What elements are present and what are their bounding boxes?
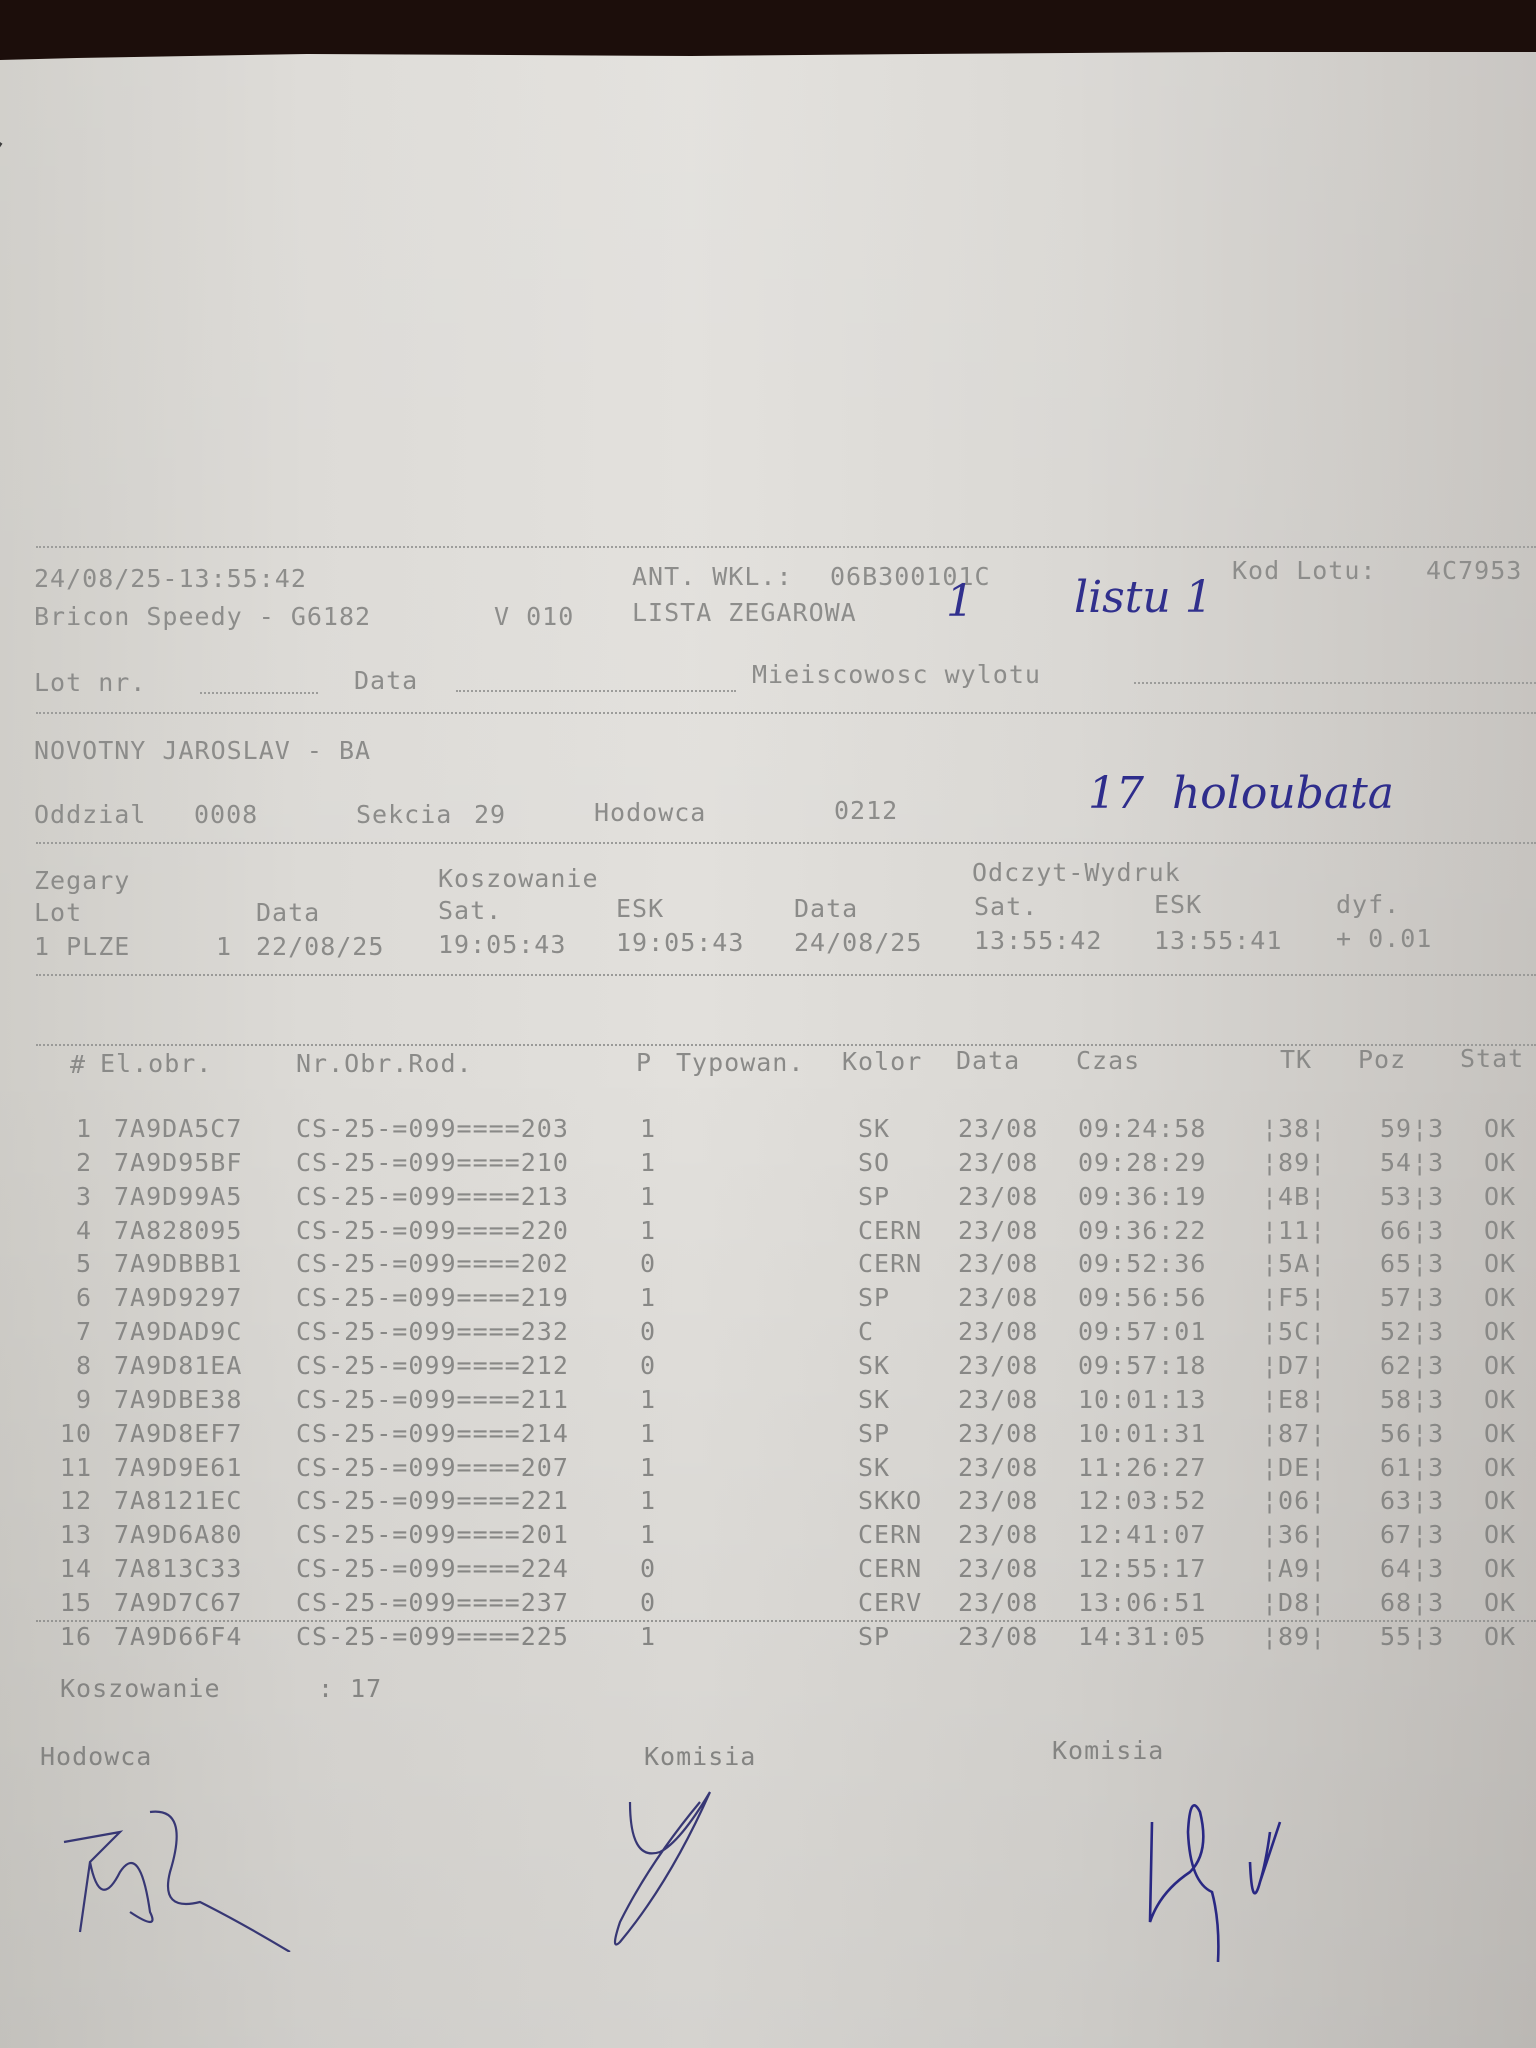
cell-el: 7A9D81EA [114, 1353, 242, 1378]
cell-tk: ¦E8¦ [1262, 1387, 1326, 1412]
breeder-name: NOVOTNY JAROSLAV - BA [34, 738, 371, 763]
col-header-kolor: Kolor [842, 1049, 922, 1074]
read-date: 24/08/25 [794, 930, 922, 955]
cell-color: SP [858, 1184, 890, 1209]
cell-ring: CS-25-=099====219 [296, 1285, 569, 1310]
cell-time: 14:31:05 [1078, 1624, 1206, 1649]
col-header-tk: TK [1280, 1047, 1312, 1072]
cell-stat: OK [1484, 1116, 1516, 1141]
table-row: 17A9DA5C7CS-25-=099====2031SK23/0809:24:… [0, 1116, 1536, 1146]
cell-tk: ¦06¦ [1262, 1488, 1326, 1513]
cell-poz: 55¦3 [1380, 1624, 1444, 1649]
divider [36, 546, 1536, 548]
cell-color: C [858, 1319, 874, 1344]
cell-date: 23/08 [958, 1251, 1038, 1276]
cell-time: 09:56:56 [1078, 1285, 1206, 1310]
table-row: 77A9DAD9CCS-25-=099====2320C23/0809:57:0… [0, 1319, 1536, 1349]
cell-stat: OK [1484, 1522, 1516, 1547]
cell-stat: OK [1484, 1251, 1516, 1276]
cell-p: 0 [640, 1353, 656, 1378]
cell-tk: ¦A9¦ [1262, 1556, 1326, 1581]
cell-p: 1 [640, 1522, 656, 1547]
place-field[interactable] [1134, 682, 1536, 684]
cell-color: SO [858, 1150, 890, 1175]
col-header-stat: Stat [1460, 1046, 1524, 1071]
cell-date: 23/08 [958, 1488, 1038, 1513]
col-header-data: Data [956, 1048, 1020, 1073]
cell-tk: ¦5A¦ [1262, 1251, 1326, 1276]
cell-stat: OK [1484, 1285, 1516, 1310]
cell-date: 23/08 [958, 1590, 1038, 1615]
cell-time: 12:55:17 [1078, 1556, 1206, 1581]
table-row: 137A9D6A80CS-25-=099====2011CERN23/0812:… [0, 1522, 1536, 1552]
breeder-id: 0212 [834, 798, 898, 823]
cell-tk: ¦DE¦ [1262, 1455, 1326, 1480]
basketing-total-label: Koszowanie [60, 1676, 221, 1701]
breeder-signature [50, 1802, 310, 1952]
cell-color: SKKO [858, 1488, 922, 1513]
col-read-esk: ESK [1154, 892, 1202, 917]
date-field[interactable] [456, 690, 736, 692]
cell-ring: CS-25-=099====221 [296, 1488, 569, 1513]
cell-p: 1 [640, 1184, 656, 1209]
clock-lot-num: 1 [216, 934, 232, 959]
breeder-id-label: Hodowca [594, 800, 706, 825]
table-row: 67A9D9297CS-25-=099====2191SP23/0809:56:… [0, 1285, 1536, 1315]
cell-tk: ¦4B¦ [1262, 1184, 1326, 1209]
cell-poz: 65¦3 [1380, 1251, 1444, 1276]
cell-poz: 53¦3 [1380, 1184, 1444, 1209]
cell-el: 7A9DAD9C [114, 1319, 242, 1344]
col-basket-esk: ESK [616, 896, 664, 921]
handwritten-list-number: 1 [946, 580, 974, 624]
cell-poz: 57¦3 [1380, 1285, 1444, 1310]
cell-date: 23/08 [958, 1116, 1038, 1141]
table-row: 47A828095CS-25-=099====2201CERN23/0809:3… [0, 1218, 1536, 1248]
cell-el: 7A9D7C67 [114, 1590, 242, 1615]
breeder-signature-label: Hodowca [40, 1744, 152, 1769]
cell-n: 3 [36, 1184, 92, 1209]
cell-poz: 66¦3 [1380, 1218, 1444, 1243]
divider [36, 712, 1536, 714]
cell-date: 23/08 [958, 1624, 1038, 1649]
col-basket-date: Data [256, 900, 320, 925]
cell-ring: CS-25-=099====203 [296, 1116, 569, 1141]
cell-n: 2 [36, 1150, 92, 1175]
lot-number-field[interactable] [200, 692, 318, 694]
table-row: 57A9DBBB1CS-25-=099====2020CERN23/0809:5… [0, 1251, 1536, 1281]
cell-tk: ¦87¦ [1262, 1421, 1326, 1446]
cell-time: 10:01:13 [1078, 1387, 1206, 1412]
cell-ring: CS-25-=099====207 [296, 1455, 569, 1480]
clock-diff: + 0.01 [1336, 926, 1432, 951]
col-header-czas: Czas [1076, 1048, 1140, 1073]
cell-date: 23/08 [958, 1421, 1038, 1446]
antenna-label: ANT. WKL.: [632, 564, 793, 589]
col-header-el-obr: El.obr. [100, 1051, 212, 1076]
cell-stat: OK [1484, 1590, 1516, 1615]
table-row: 117A9D9E61CS-25-=099====2071SK23/0811:26… [0, 1455, 1536, 1485]
cell-p: 1 [640, 1116, 656, 1141]
list-title: LISTA ZEGAROWA [632, 600, 857, 625]
cell-ring: CS-25-=099====212 [296, 1353, 569, 1378]
cell-color: CERN [858, 1218, 922, 1243]
cell-tk: ¦F5¦ [1262, 1285, 1326, 1310]
cell-color: CERV [858, 1590, 922, 1615]
cell-stat: OK [1484, 1488, 1516, 1513]
section-label: Sekcia [356, 802, 452, 827]
flight-code-label: Kod Lotu: [1232, 558, 1376, 583]
cell-el: 7A9D8EF7 [114, 1421, 242, 1446]
cell-el: 7A9D9297 [114, 1285, 242, 1310]
cell-stat: OK [1484, 1150, 1516, 1175]
col-lot: Lot [34, 900, 82, 925]
cell-p: 1 [640, 1421, 656, 1446]
cell-tk: ¦D8¦ [1262, 1590, 1326, 1615]
divider [36, 1044, 1536, 1046]
cell-el: 7A813C33 [114, 1556, 242, 1581]
branch-value: 0008 [194, 802, 258, 827]
cell-date: 23/08 [958, 1353, 1038, 1378]
printout-paper: 24/08/25-13:55:42 Bricon Speedy - G6182 … [0, 52, 1536, 2048]
cell-date: 23/08 [958, 1387, 1038, 1412]
cell-date: 23/08 [958, 1522, 1038, 1547]
basket-date: 22/08/25 [256, 934, 384, 959]
date-label: Data [354, 668, 418, 693]
col-header-p: P [636, 1050, 652, 1075]
cell-color: SP [858, 1624, 890, 1649]
divider [36, 1620, 1536, 1622]
firmware-version: V 010 [494, 604, 574, 629]
cell-p: 1 [640, 1624, 656, 1649]
cell-ring: CS-25-=099====225 [296, 1624, 569, 1649]
basketing-section-title: Koszowanie [438, 866, 599, 891]
cell-n: 15 [36, 1590, 92, 1615]
col-header-hash: # [70, 1052, 86, 1077]
cell-el: 7A9D9E61 [114, 1455, 242, 1480]
cell-date: 23/08 [958, 1150, 1038, 1175]
read-esk-time: 13:55:41 [1154, 928, 1282, 953]
cell-n: 13 [36, 1522, 92, 1547]
cell-p: 1 [640, 1488, 656, 1513]
divider [36, 842, 1536, 844]
cell-color: CERN [858, 1522, 922, 1547]
clock-lot: 1 PLZE [34, 934, 130, 959]
cell-el: 7A9DBBB1 [114, 1251, 242, 1276]
basketing-total: : 17 [318, 1676, 382, 1701]
cell-ring: CS-25-=099====220 [296, 1218, 569, 1243]
cell-ring: CS-25-=099====214 [296, 1421, 569, 1446]
branch-label: Oddzial [34, 802, 146, 827]
cell-stat: OK [1484, 1624, 1516, 1649]
col-read-date: Data [794, 896, 858, 921]
cell-poz: 52¦3 [1380, 1319, 1444, 1344]
col-header-poz: Poz [1358, 1047, 1406, 1072]
cell-color: SK [858, 1353, 890, 1378]
cell-stat: OK [1484, 1455, 1516, 1480]
read-sat-time: 13:55:42 [974, 928, 1102, 953]
table-row: 27A9D95BFCS-25-=099====2101SO23/0809:28:… [0, 1150, 1536, 1180]
cell-n: 1 [36, 1116, 92, 1141]
cell-ring: CS-25-=099====224 [296, 1556, 569, 1581]
cell-poz: 63¦3 [1380, 1488, 1444, 1513]
cell-tk: ¦D7¦ [1262, 1353, 1326, 1378]
cell-n: 9 [36, 1387, 92, 1412]
cell-color: CERN [858, 1556, 922, 1581]
cell-date: 23/08 [958, 1455, 1038, 1480]
col-diff: dyf. [1336, 892, 1400, 917]
cell-time: 12:03:52 [1078, 1488, 1206, 1513]
cell-ring: CS-25-=099====211 [296, 1387, 569, 1412]
cell-ring: CS-25-=099====202 [296, 1251, 569, 1276]
cell-n: 16 [36, 1624, 92, 1649]
lot-number-label: Lot nr. [34, 670, 146, 695]
cell-tk: ¦89¦ [1262, 1624, 1326, 1649]
cell-time: 09:36:19 [1078, 1184, 1206, 1209]
cell-ring: CS-25-=099====213 [296, 1184, 569, 1209]
cell-poz: 67¦3 [1380, 1522, 1444, 1547]
cell-poz: 64¦3 [1380, 1556, 1444, 1581]
cell-ring: CS-25-=099====232 [296, 1319, 569, 1344]
cell-n: 6 [36, 1285, 92, 1310]
table-row: 87A9D81EACS-25-=099====2120SK23/0809:57:… [0, 1353, 1536, 1383]
col-basket-sat: Sat. [438, 898, 502, 923]
table-row: 157A9D7C67CS-25-=099====2370CERV23/0813:… [0, 1590, 1536, 1620]
place-label: Mieiscowosc wylotu [752, 662, 1041, 687]
cell-el: 7A9DA5C7 [114, 1116, 242, 1141]
cell-stat: OK [1484, 1421, 1516, 1446]
cell-color: CERN [858, 1251, 922, 1276]
cell-p: 1 [640, 1285, 656, 1310]
basket-sat-time: 19:05:43 [438, 932, 566, 957]
cell-poz: 62¦3 [1380, 1353, 1444, 1378]
cell-el: 7A9D99A5 [114, 1184, 242, 1209]
cell-color: SK [858, 1455, 890, 1480]
cell-ring: CS-25-=099====201 [296, 1522, 569, 1547]
flight-code: 4C7953 [1426, 558, 1522, 583]
readout-section-title: Odczyt-Wydruk [972, 860, 1181, 885]
cell-date: 23/08 [958, 1218, 1038, 1243]
cell-time: 09:52:36 [1078, 1251, 1206, 1276]
table-row: 107A9D8EF7CS-25-=099====2141SP23/0810:01… [0, 1421, 1536, 1451]
cell-p: 1 [640, 1455, 656, 1480]
cell-time: 11:26:27 [1078, 1455, 1206, 1480]
commission-1-signature [590, 1782, 740, 1952]
cell-ring: CS-25-=099====210 [296, 1150, 569, 1175]
section-value: 29 [474, 802, 506, 827]
table-row: 127A8121ECCS-25-=099====2211SKKO23/0812:… [0, 1488, 1536, 1518]
cell-time: 09:36:22 [1078, 1218, 1206, 1243]
cell-poz: 68¦3 [1380, 1590, 1444, 1615]
cell-n: 4 [36, 1218, 92, 1243]
cell-poz: 56¦3 [1380, 1421, 1444, 1446]
device-name: Bricon Speedy - G6182 [34, 604, 371, 629]
cell-ring: CS-25-=099====237 [296, 1590, 569, 1615]
handwritten-list-note: listu 1 [1074, 576, 1213, 620]
cell-color: SP [858, 1421, 890, 1446]
cell-p: 0 [640, 1590, 656, 1615]
cell-tk: ¦5C¦ [1262, 1319, 1326, 1344]
commission-1-label: Komisia [644, 1744, 756, 1769]
cell-time: 09:57:01 [1078, 1319, 1206, 1344]
col-header-typowan: Typowan. [676, 1050, 804, 1075]
pencil-mark [0, 142, 2, 201]
cell-p: 0 [640, 1319, 656, 1344]
cell-n: 7 [36, 1319, 92, 1344]
commission-2-label: Komisia [1052, 1738, 1164, 1763]
table-row: 97A9DBE38CS-25-=099====2111SK23/0810:01:… [0, 1387, 1536, 1417]
cell-date: 23/08 [958, 1285, 1038, 1310]
cell-poz: 59¦3 [1380, 1116, 1444, 1141]
commission-2-signature [1130, 1792, 1310, 1962]
cell-date: 23/08 [958, 1184, 1038, 1209]
cell-time: 09:57:18 [1078, 1353, 1206, 1378]
cell-n: 10 [36, 1421, 92, 1446]
cell-time: 12:41:07 [1078, 1522, 1206, 1547]
cell-el: 7A9D95BF [114, 1150, 242, 1175]
divider [36, 974, 1536, 976]
cell-time: 09:24:58 [1078, 1116, 1206, 1141]
cell-tk: ¦36¦ [1262, 1522, 1326, 1547]
cell-p: 1 [640, 1218, 656, 1243]
cell-time: 10:01:31 [1078, 1421, 1206, 1446]
cell-poz: 58¦3 [1380, 1387, 1444, 1412]
cell-date: 23/08 [958, 1319, 1038, 1344]
cell-stat: OK [1484, 1387, 1516, 1412]
cell-stat: OK [1484, 1184, 1516, 1209]
basket-esk-time: 19:05:43 [616, 930, 744, 955]
cell-stat: OK [1484, 1353, 1516, 1378]
cell-el: 7A9DBE38 [114, 1387, 242, 1412]
cell-n: 5 [36, 1251, 92, 1276]
cell-n: 12 [36, 1488, 92, 1513]
cell-n: 14 [36, 1556, 92, 1581]
cell-color: SP [858, 1285, 890, 1310]
cell-tk: ¦89¦ [1262, 1150, 1326, 1175]
clocks-title: Zegary [34, 868, 130, 893]
cell-tk: ¦11¦ [1262, 1218, 1326, 1243]
cell-p: 0 [640, 1251, 656, 1276]
cell-stat: OK [1484, 1319, 1516, 1344]
table-row: 37A9D99A5CS-25-=099====2131SP23/0809:36:… [0, 1184, 1536, 1214]
cell-el: 7A9D6A80 [114, 1522, 242, 1547]
cell-color: SK [858, 1116, 890, 1141]
cell-poz: 61¦3 [1380, 1455, 1444, 1480]
cell-tk: ¦38¦ [1262, 1116, 1326, 1141]
cell-poz: 54¦3 [1380, 1150, 1444, 1175]
print-timestamp: 24/08/25-13:55:42 [34, 566, 307, 591]
cell-el: 7A9D66F4 [114, 1624, 242, 1649]
cell-color: SK [858, 1387, 890, 1412]
cell-el: 7A828095 [114, 1218, 242, 1243]
cell-p: 0 [640, 1556, 656, 1581]
cell-time: 09:28:29 [1078, 1150, 1206, 1175]
cell-stat: OK [1484, 1218, 1516, 1243]
cell-p: 1 [640, 1150, 656, 1175]
cell-date: 23/08 [958, 1556, 1038, 1581]
col-read-sat: Sat. [974, 894, 1038, 919]
cell-p: 1 [640, 1387, 656, 1412]
handwritten-breeder-note: 17 holoubata [1088, 772, 1394, 816]
table-row: 147A813C33CS-25-=099====2240CERN23/0812:… [0, 1556, 1536, 1586]
cell-el: 7A8121EC [114, 1488, 242, 1513]
cell-n: 8 [36, 1353, 92, 1378]
col-header-ring-number: Nr.Obr.Rod. [296, 1051, 473, 1076]
cell-time: 13:06:51 [1078, 1590, 1206, 1615]
cell-stat: OK [1484, 1556, 1516, 1581]
cell-n: 11 [36, 1455, 92, 1480]
table-row: 167A9D66F4CS-25-=099====2251SP23/0814:31… [0, 1624, 1536, 1654]
